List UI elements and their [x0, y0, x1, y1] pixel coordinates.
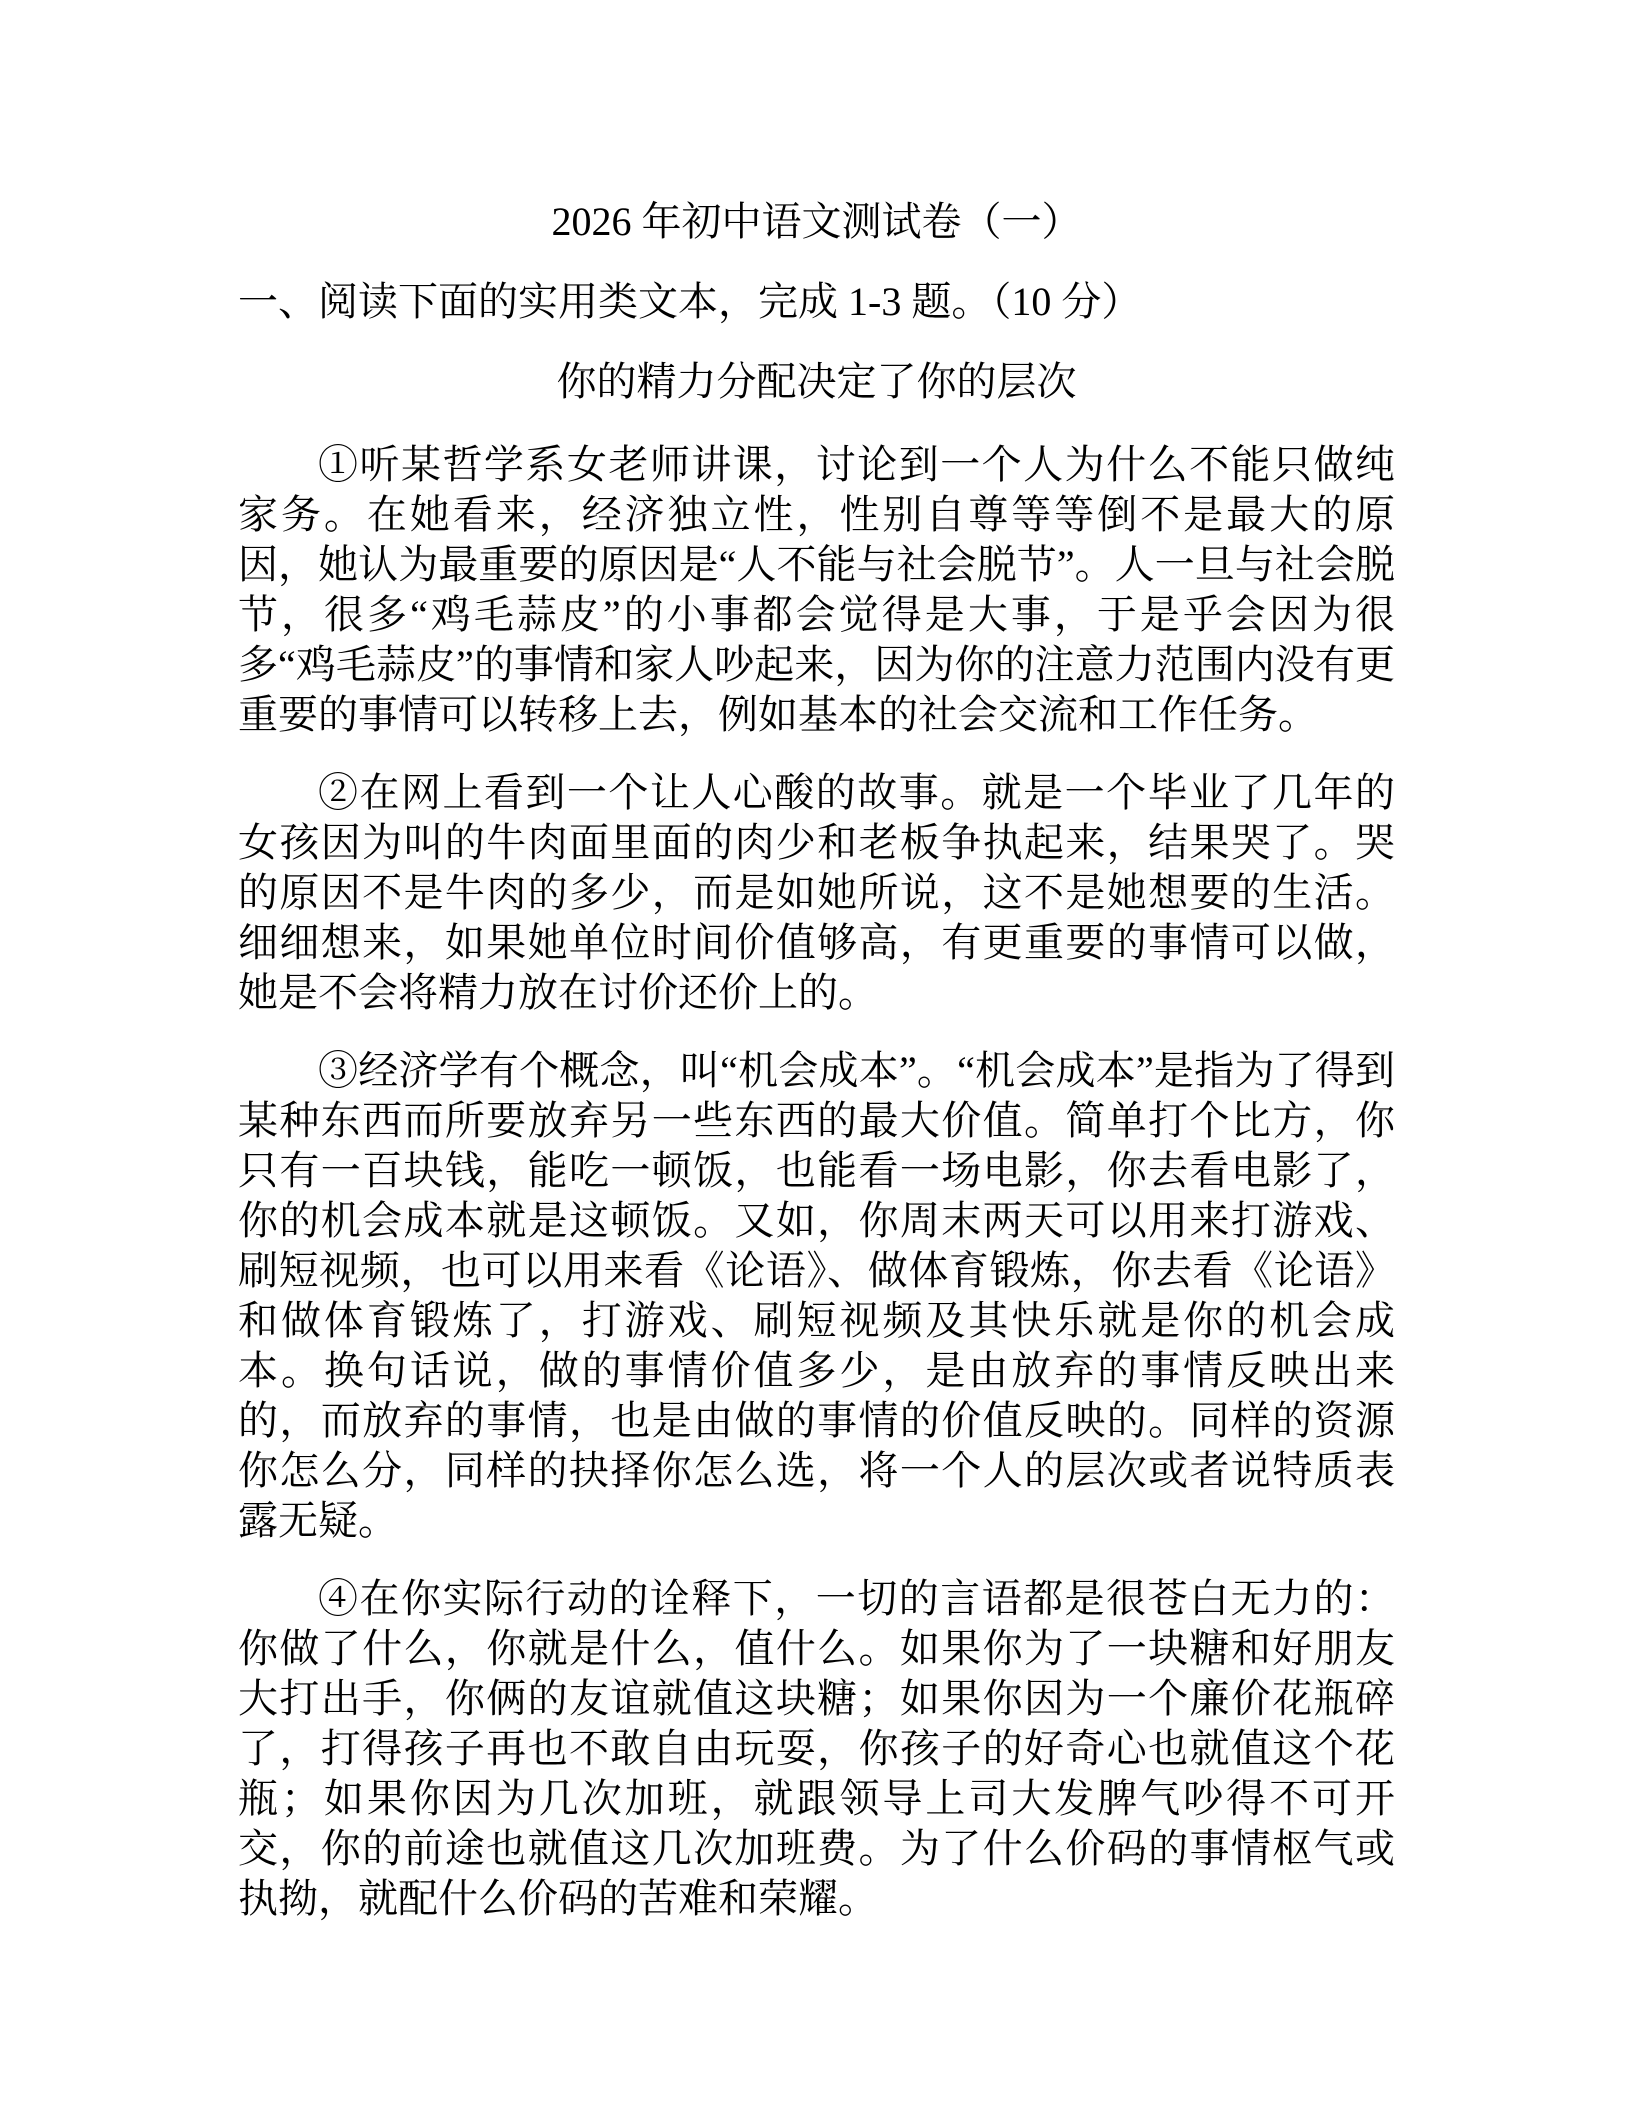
test-paper-page: 2026 年初中语文测试卷（一） 一、阅读下面的实用类文本，完成 1-3 题。（… — [0, 0, 1632, 2112]
article-paragraph-3: ③经济学有个概念，叫“机会成本”。“机会成本”是指为了得到某种东西而所要放弃另一… — [238, 1046, 1395, 1546]
article-title: 你的精力分配决定了你的层次 — [238, 357, 1395, 407]
page-content: 2026 年初中语文测试卷（一） 一、阅读下面的实用类文本，完成 1-3 题。（… — [238, 197, 1395, 1924]
article-body: ①听某哲学系女老师讲课，讨论到一个人为什么不能只做纯家务。在她看来，经济独立性，… — [238, 440, 1395, 1924]
article-paragraph-2: ②在网上看到一个让人心酸的故事。就是一个毕业了几年的女孩因为叫的牛肉面里面的肉少… — [238, 768, 1395, 1018]
article-paragraph-4: ④在你实际行动的诠释下，一切的言语都是很苍白无力的：你做了什么，你就是什么，值什… — [238, 1574, 1395, 1924]
document-title: 2026 年初中语文测试卷（一） — [238, 197, 1395, 247]
article-paragraph-1: ①听某哲学系女老师讲课，讨论到一个人为什么不能只做纯家务。在她看来，经济独立性，… — [238, 440, 1395, 740]
section-heading: 一、阅读下面的实用类文本，完成 1-3 题。（10 分） — [238, 277, 1395, 327]
